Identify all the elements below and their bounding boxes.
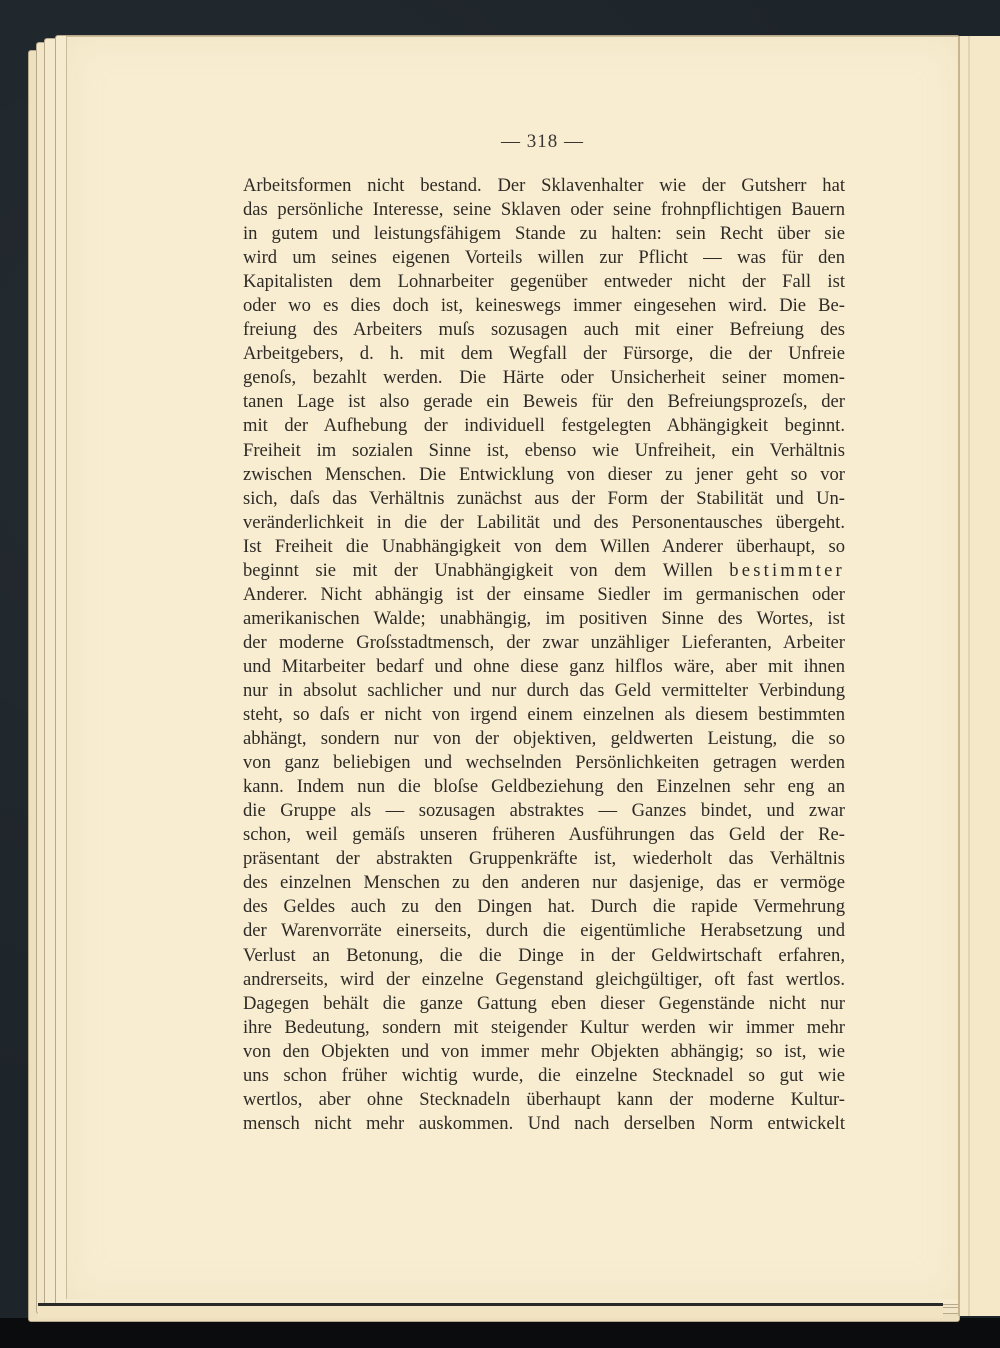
text-line: von ganz beliebigen und wechselnden Pers…: [243, 751, 845, 775]
text-line: Arbeitsformen nicht bestand. Der Sklaven…: [243, 174, 845, 198]
adjacent-page-edge: [958, 36, 1000, 1316]
text-line: des Geldes auch zu den Dingen hat. Durch…: [243, 895, 845, 919]
body-text: Arbeitsformen nicht bestand. Der Sklaven…: [243, 174, 845, 1136]
text-line: von den Objekten und von immer mehr Obje…: [243, 1040, 845, 1064]
text-line: Verlust an Betonung, die die Dinge in de…: [243, 944, 845, 968]
scanner-background-shadow: [0, 1318, 1000, 1348]
text-line: steht, so daſs er nicht von irgend einem…: [243, 703, 845, 727]
text-line: wird um seines eigenen Vorteils willen z…: [243, 246, 845, 270]
text-line: uns schon früher wichtig wurde, die einz…: [243, 1064, 845, 1088]
text-line: präsentant der abstrakten Gruppenkräfte …: [243, 847, 845, 871]
text-word: sie: [315, 559, 336, 583]
text-line: abhängt, sondern nur von der objektiven,…: [243, 727, 845, 751]
text-line: Anderer. Nicht abhängig ist der einsame …: [243, 583, 845, 607]
text-line: kann. Indem nun die bloſse Geldbeziehung…: [243, 775, 845, 799]
text-line: der Warenvorräte einerseits, durch die e…: [243, 919, 845, 943]
text-line: schon, weil gemäſs unseren früheren Ausf…: [243, 823, 845, 847]
text-word: dem: [614, 559, 646, 583]
text-line: Freiheit im sozialen Sinne ist, ebenso w…: [243, 439, 845, 463]
text-line: genoſs, bezahlt werden. Die Härte oder U…: [243, 366, 845, 390]
text-word: von: [570, 559, 598, 583]
text-line: der moderne Groſsstadtmensch, der zwar u…: [243, 631, 845, 655]
text-line: des einzelnen Menschen zu den anderen nu…: [243, 871, 845, 895]
page-fold-line: [968, 36, 970, 1316]
text-line: Kapitalisten dem Lohnarbeiter gegenüber …: [243, 270, 845, 294]
text-line: beginntsiemitderUnabhängigkeitvondemWill…: [243, 559, 845, 583]
text-line: Ist Freiheit die Unabhängigkeit von dem …: [243, 535, 845, 559]
text-line: freiung des Arbeiters muſs sozusagen auc…: [243, 318, 845, 342]
text-line: mensch nicht mehr auskommen. Und nach de…: [243, 1112, 845, 1136]
text-line: zwischen Menschen. Die Entwicklung von d…: [243, 463, 845, 487]
text-line: ihre Bedeutung, sondern mit steigender K…: [243, 1016, 845, 1040]
text-line: tanen Lage ist also gerade ein Beweis fü…: [243, 390, 845, 414]
page-number: — 318 —: [0, 131, 1000, 153]
text-word: mit: [353, 559, 378, 583]
text-line: Arbeitgebers, d. h. mit dem Wegfall der …: [243, 342, 845, 366]
text-line: in gutem und leistungsfähigem Stande zu …: [243, 222, 845, 246]
text-line: nur in absolut sachlicher und nur durch …: [243, 679, 845, 703]
text-word: Unabhängigkeit: [434, 559, 553, 583]
text-line: veränderlichkeit in die der Labilität un…: [243, 511, 845, 535]
text-line: sich, daſs das Verhältnis zunächst aus d…: [243, 487, 845, 511]
text-line: und Mitarbeiter bedarf und ohne diese ga…: [243, 655, 845, 679]
text-line: die Gruppe als — sozusagen abstraktes — …: [243, 799, 845, 823]
text-line: das persönliche Interesse, seine Sklaven…: [243, 198, 845, 222]
text-line: oder wo es dies doch ist, keineswegs imm…: [243, 294, 845, 318]
text-line: wertlos, aber ohne Stecknadeln überhaupt…: [243, 1088, 845, 1112]
text-word: Willen: [663, 559, 713, 583]
text-word: beginnt: [243, 559, 299, 583]
emphasized-word: bestimmter: [729, 559, 845, 583]
text-line: Dagegen behält die ganze Gattung eben di…: [243, 992, 845, 1016]
book-bottom-edge: [38, 1303, 943, 1318]
text-word: der: [394, 559, 418, 583]
text-line: mit der Aufhebung der individuell festge…: [243, 414, 845, 438]
text-line: amerikanischen Walde; unabhängig, im pos…: [243, 607, 845, 631]
text-line: andrerseits, wird der einzelne Gegenstan…: [243, 968, 845, 992]
